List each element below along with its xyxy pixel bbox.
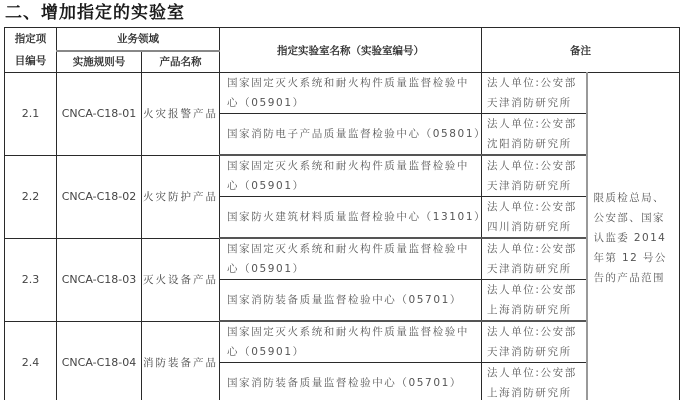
item-no-cell: 2.4 <box>5 321 57 400</box>
lab-name-cell: 国家消防装备质量监督检验中心（05701） <box>220 363 482 400</box>
header-rule-no: 实施规则号 <box>57 51 142 73</box>
lab-name-cell: 国家固定灭火系统和耐火构件质量监督检验中心（05901） <box>220 73 482 114</box>
lab-name-cell: 国家消防装备质量监督检验中心（05701） <box>220 280 482 322</box>
remark-cell: 法人单位:公安部四川消防研究所 <box>482 197 587 239</box>
table-row: 2.2 CNCA-C18-02 火灾防护产品 国家固定灭火系统和耐火构件质量监督… <box>5 155 680 197</box>
product-name-cell: 灭火设备产品 <box>142 238 220 321</box>
header-product-name: 产品名称 <box>142 51 220 73</box>
rule-no-cell: CNCA-C18-03 <box>57 238 142 321</box>
designated-lab-table: 指定项 目编号 业务领域 指定实验室名称（实验室编号） 备注 实施规则号 产品名… <box>4 27 680 400</box>
remark-cell: 法人单位:公安部沈阳消防研究所 <box>482 114 587 156</box>
header-item-no: 指定项 目编号 <box>5 28 57 73</box>
scope-note-cell: 限质检总局、公安部、国家认监委 2014 年第 12 号公告的产品范围 <box>587 73 680 400</box>
header-lab-name: 指定实验室名称（实验室编号） <box>220 28 482 73</box>
remark-cell: 法人单位:公安部天津消防研究所 <box>482 321 587 363</box>
lab-name-cell: 国家防火建筑材料质量监督检验中心（13101） <box>220 197 482 239</box>
lab-name-cell: 国家固定灭火系统和耐火构件质量监督检验中心（05901） <box>220 238 482 280</box>
table-row: 2.1 CNCA-C18-01 火灾报警产品 国家固定灭火系统和耐火构件质量监督… <box>5 73 680 114</box>
product-name-cell: 火灾防护产品 <box>142 155 220 238</box>
rule-no-cell: CNCA-C18-02 <box>57 155 142 238</box>
remark-cell: 法人单位:公安部天津消防研究所 <box>482 238 587 280</box>
remark-cell: 法人单位:公安部上海消防研究所 <box>482 280 587 322</box>
header-remarks: 备注 <box>482 28 680 73</box>
item-no-cell: 2.1 <box>5 73 57 156</box>
item-no-cell: 2.2 <box>5 155 57 238</box>
product-name-cell: 火灾报警产品 <box>142 73 220 156</box>
table-row: 2.3 CNCA-C18-03 灭火设备产品 国家固定灭火系统和耐火构件质量监督… <box>5 238 680 280</box>
product-name-cell: 消防装备产品 <box>142 321 220 400</box>
lab-name-cell: 国家固定灭火系统和耐火构件质量监督检验中心（05901） <box>220 321 482 363</box>
lab-name-cell: 国家消防电子产品质量监督检验中心（05801） <box>220 114 482 156</box>
header-business-domain: 业务领域 <box>57 28 220 51</box>
table-row: 2.4 CNCA-C18-04 消防装备产品 国家固定灭火系统和耐火构件质量监督… <box>5 321 680 363</box>
item-no-cell: 2.3 <box>5 238 57 321</box>
remark-cell: 法人单位:公安部天津消防研究所 <box>482 155 587 197</box>
rule-no-cell: CNCA-C18-01 <box>57 73 142 156</box>
lab-name-cell: 国家固定灭火系统和耐火构件质量监督检验中心（05901） <box>220 155 482 197</box>
section-title: 二、增加指定的实验室 <box>5 2 185 24</box>
remark-cell: 法人单位:公安部上海消防研究所 <box>482 363 587 400</box>
remark-cell: 法人单位:公安部天津消防研究所 <box>482 73 587 114</box>
rule-no-cell: CNCA-C18-04 <box>57 321 142 400</box>
